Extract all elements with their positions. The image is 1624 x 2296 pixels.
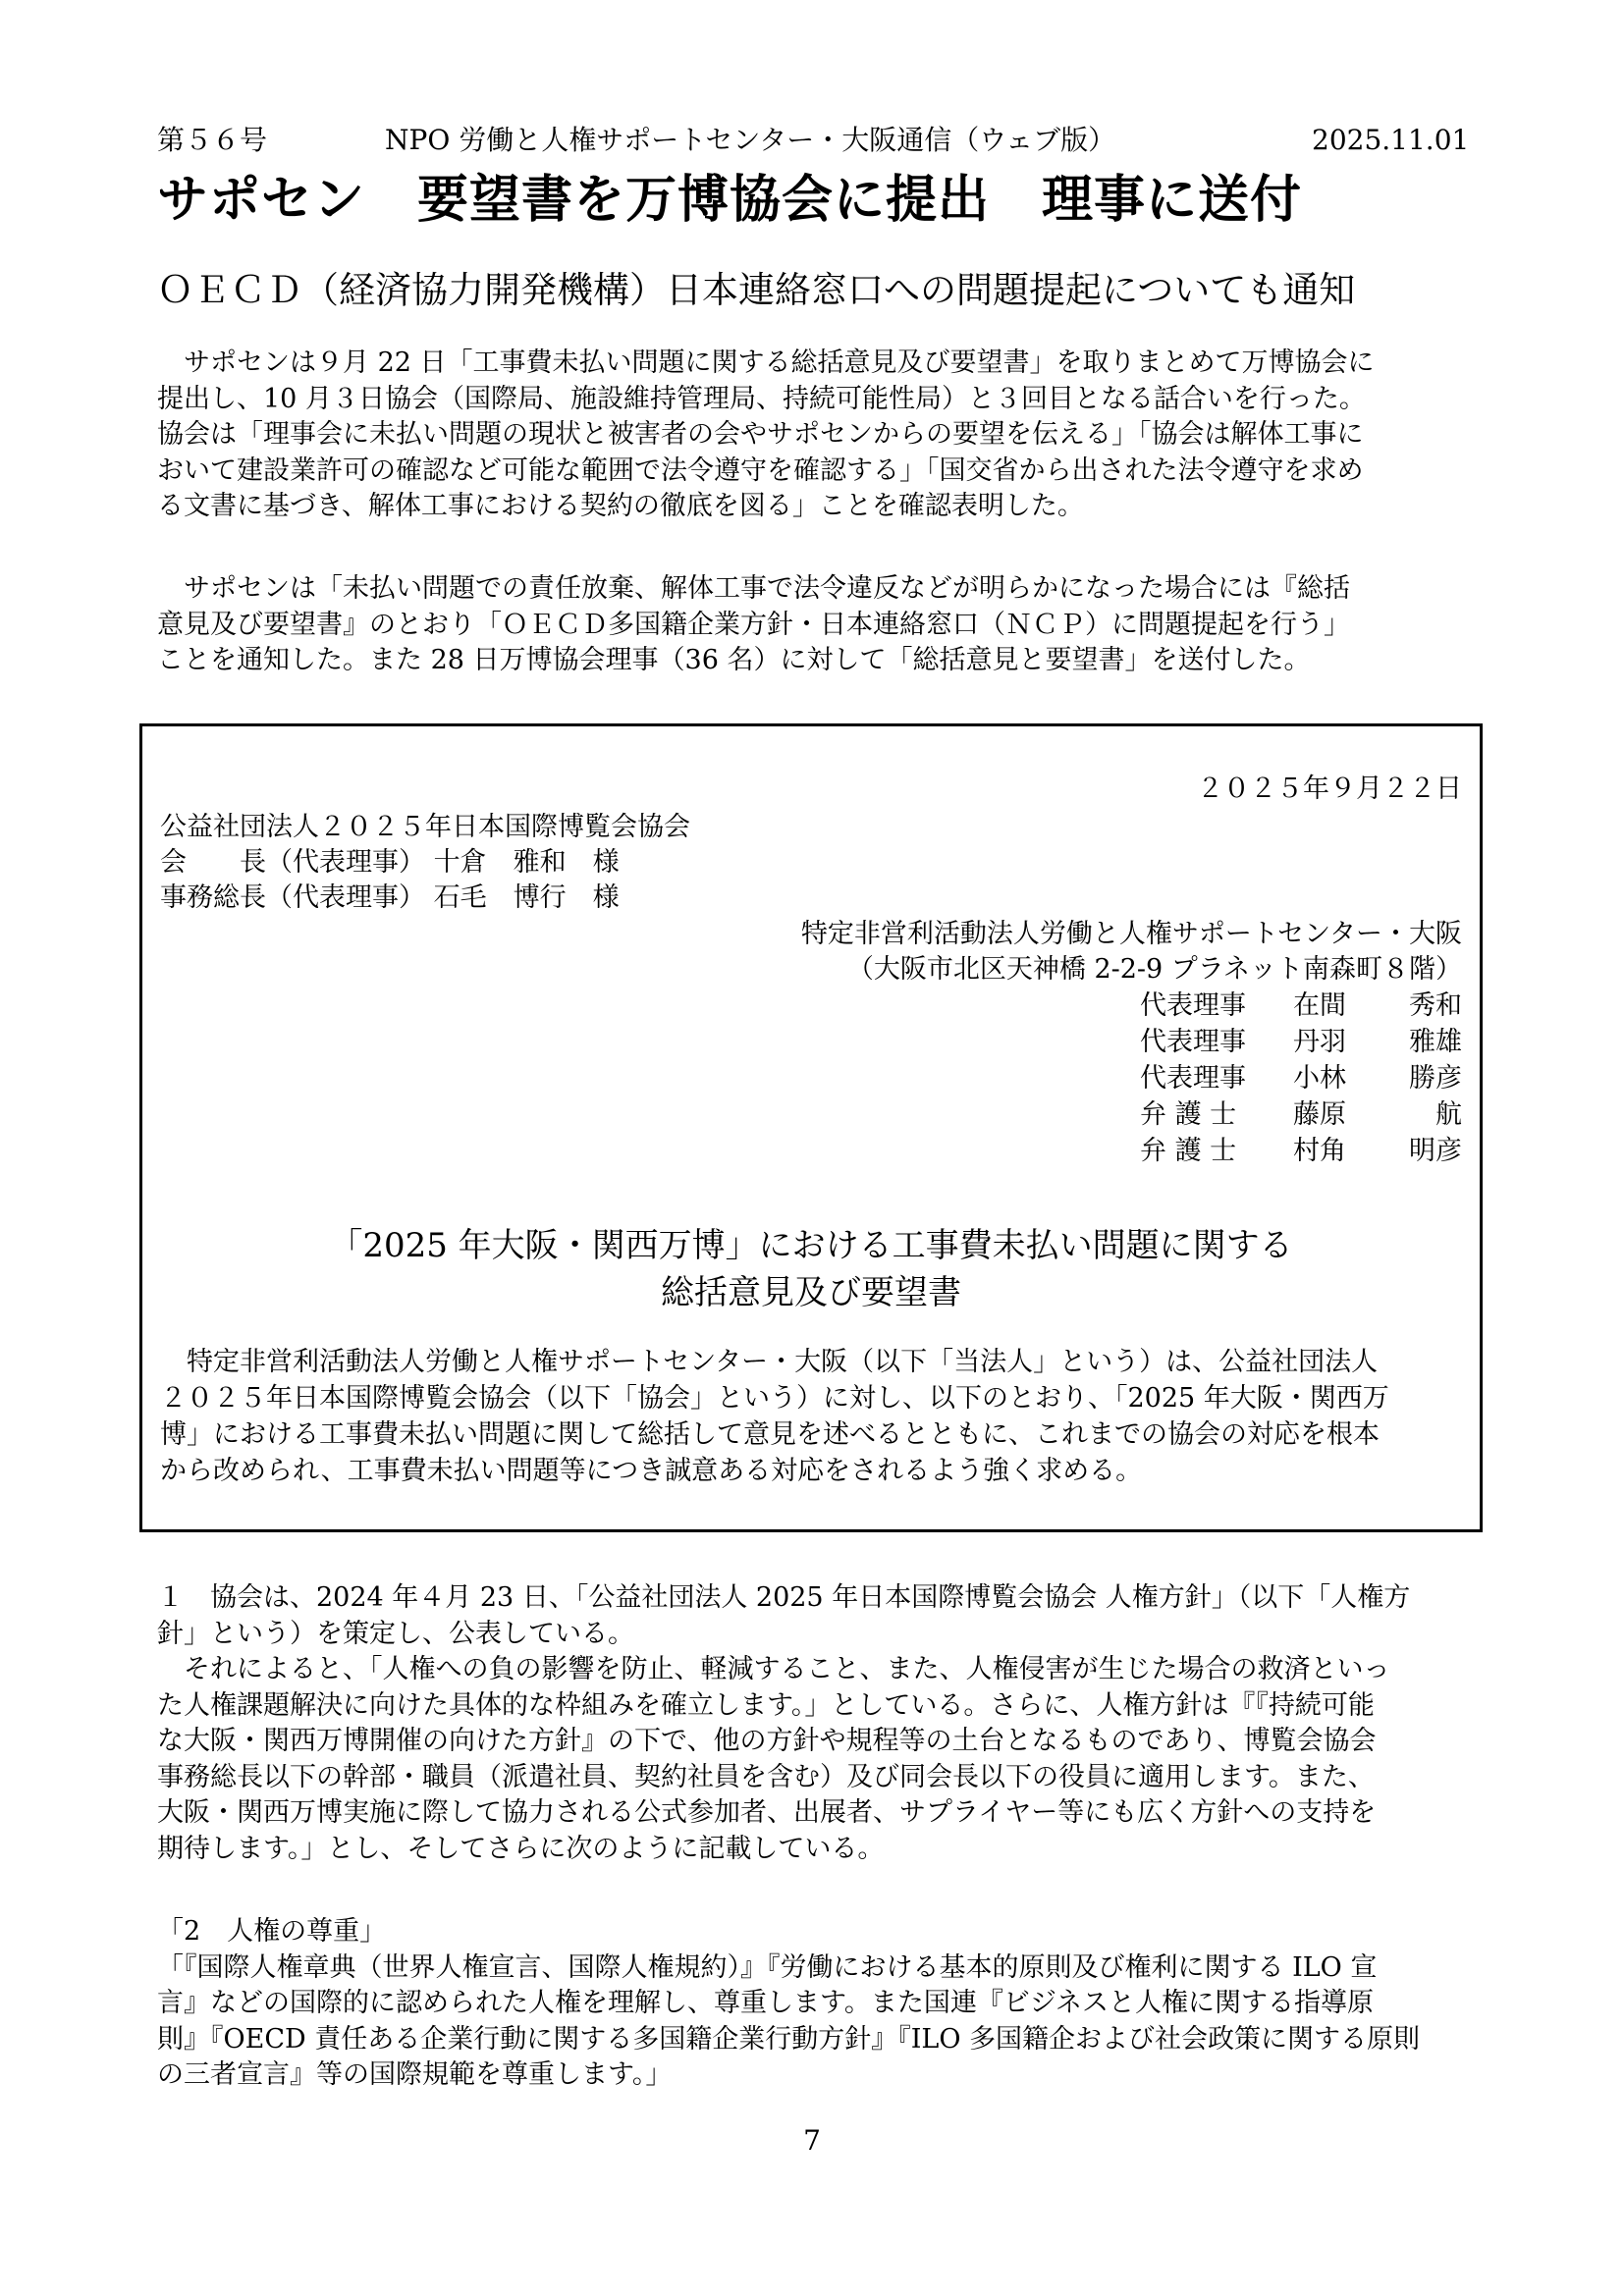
signatory-role: 代表理事: [1140, 1061, 1268, 1096]
text-line: １ 協会は、2024 年４月 23 日、「公益社団法人 2025 年日本国際博覧…: [157, 1580, 1485, 1617]
signatory-surname: 藤原: [1293, 1097, 1372, 1133]
addressee-row: 事務総長（代表理事） 石毛 博行 様: [160, 881, 620, 916]
text-line: の三者宣言』等の国際規範を尊重します。」: [157, 2057, 1485, 2094]
letter-body-line: ２０２５年日本国際博覧会協会（以下「協会」という）に対し、以下のとおり、「202…: [160, 1381, 1389, 1416]
text-line: 意見及び要望書』のとおり「ＯＥＣＤ多国籍企業方針・日本連絡窓口（ＮＣＰ）に問題提…: [157, 608, 1485, 644]
letter-body-line: 特定非営利活動法人労働と人権サポートセンター・大阪（以下「当法人」という）は、公…: [160, 1345, 1378, 1380]
letter-title-line-1: 「2025 年大阪・関西万博」における工事費未払い問題に関する: [142, 1223, 1480, 1268]
text-line: サポセンは「未払い問題での責任放棄、解体工事で法令違反などが明らかになった場合に…: [157, 571, 1485, 608]
text-line: 事務総長以下の幹部・職員（派遣社員、契約社員を含む）及び同会長以下の役員に適用し…: [157, 1760, 1485, 1796]
sender-address: （大阪市北区天神橋 2-2-9 プラネット南森町８階）: [847, 952, 1462, 988]
text-line: る文書に基づき、解体工事における契約の徹底を図る」ことを確認表明した。: [157, 489, 1485, 525]
signatory-surname: 丹羽: [1293, 1025, 1372, 1060]
sender-organization: 特定非営利活動法人労働と人権サポートセンター・大阪: [801, 917, 1462, 952]
text-line: 則』『OECD 責任ある企業行動に関する多国籍企業行動方針』『ILO 多国籍企お…: [157, 2022, 1485, 2058]
text-line: それによると、「人権への負の影響を防止、軽減すること、また、人権侵害が生じた場合…: [157, 1652, 1485, 1688]
signatory-row: 代表理事小林勝彦: [1140, 1061, 1462, 1096]
publication-name: NPO 労働と人権サポートセンター・大阪通信（ウェブ版）: [385, 124, 1115, 157]
text-line: な大阪・関西万博開催の向けた方針』の下で、他の方針や規程等の土台となるものであり…: [157, 1724, 1485, 1760]
addressee-organization: 公益社団法人２０２５年日本国際博覧会協会: [160, 810, 690, 845]
text-line: 針」という）を策定し、公表している。: [157, 1617, 1485, 1653]
text-line: おいて建設業許可の確認など可能な範囲で法令遵守を確認する」「国交省から出された法…: [157, 454, 1485, 490]
text-line: ことを通知した。また 28 日万博協会理事（36 名）に対して「総括意見と要望書…: [157, 643, 1485, 679]
letter-box: ２０２５年９月２２日 公益社団法人２０２５年日本国際博覧会協会 会 長（代表理事…: [139, 723, 1483, 1532]
signatory-given-name: 雅雄: [1405, 1025, 1462, 1060]
page-subtitle: ＯＥＣＤ（経済協力開発機構）日本連絡窓口への問題提起についても通知: [157, 267, 1355, 314]
text-line: 言』などの国際的に認められた人権を理解し、尊重します。また国連『ビジネスと人権に…: [157, 1986, 1485, 2022]
letter-body-line: から改められ、工事費未払い問題等につき誠意ある対応をされるよう強く求める。: [160, 1454, 1142, 1489]
signatory-given-name: 航: [1405, 1097, 1462, 1133]
text-line: 協会は「理事会に未払い問題の現状と被害者の会やサポセンからの要望を伝える」「協会…: [157, 417, 1485, 454]
text-line: た人権課題解決に向けた具体的な枠組みを確立します。」としている。さらに、人権方針…: [157, 1688, 1485, 1725]
signatory-given-name: 秀和: [1405, 988, 1462, 1024]
addressee-title: 会 長（代表理事）: [160, 847, 425, 878]
signatory-role: 代表理事: [1140, 1025, 1268, 1060]
signatory-row: 代表理事在間秀和: [1140, 988, 1462, 1024]
letter-date: ２０２５年９月２２日: [1197, 772, 1462, 807]
signatory-surname: 在間: [1293, 988, 1372, 1024]
signatory-surname: 村角: [1293, 1134, 1372, 1169]
text-line: 期待します。」とし、そしてさらに次のように記載している。: [157, 1832, 1485, 1868]
addressee-row: 会 長（代表理事） 十倉 雅和 様: [160, 845, 620, 881]
quoted-section: 「2 人権の尊重」 「『国際人権章典（世界人権宣言、国際人権規約）』『労働におけ…: [157, 1914, 1485, 2094]
text-line: 提出し、10 月３日協会（国際局、施設維持管理局、持続可能性局）と３回目となる話…: [157, 382, 1485, 418]
signatory-role: 代表理事: [1140, 988, 1268, 1024]
addressee-title: 事務総長（代表理事）: [160, 882, 425, 913]
signatory-row: 弁 護 士村角明彦: [1140, 1134, 1462, 1169]
signatory-role: 弁 護 士: [1140, 1097, 1268, 1133]
signatory-given-name: 明彦: [1405, 1134, 1462, 1169]
publication-date: 2025.11.01: [1312, 124, 1469, 157]
addressee-name: 十倉 雅和 様: [434, 847, 620, 878]
text-line: 大阪・関西万博実施に際して協力される公式参加者、出展者、サプライヤー等にも広く方…: [157, 1795, 1485, 1832]
letter-body-line: 博」における工事費未払い問題に関して総括して意見を述べるとともに、これまでの協会…: [160, 1417, 1380, 1453]
letter-title-line-2: 総括意見及び要望書: [142, 1270, 1480, 1315]
signatory-surname: 小林: [1293, 1061, 1372, 1096]
text-line: サポセンは９月 22 日「工事費未払い問題に関する総括意見及び要望書」を取りまと…: [157, 346, 1485, 382]
issue-number: 第５６号: [157, 124, 267, 157]
signatory-role: 弁 護 士: [1140, 1134, 1268, 1169]
intro-paragraph-2: サポセンは「未払い問題での責任放棄、解体工事で法令違反などが明らかになった場合に…: [157, 571, 1485, 679]
page-title: サポセン 要望書を万博協会に提出 理事に送付: [157, 169, 1302, 232]
signatory-row: 代表理事丹羽雅雄: [1140, 1025, 1462, 1060]
page-number: 7: [0, 2124, 1624, 2157]
signatory-row: 弁 護 士藤原航: [1140, 1097, 1462, 1133]
addressee-name: 石毛 博行 様: [434, 882, 620, 913]
intro-paragraph-1: サポセンは９月 22 日「工事費未払い問題に関する総括意見及び要望書」を取りまと…: [157, 346, 1485, 525]
quote-heading: 「2 人権の尊重」: [157, 1914, 1485, 1950]
section-1: １ 協会は、2024 年４月 23 日、「公益社団法人 2025 年日本国際博覧…: [157, 1580, 1485, 1867]
text-line: 「『国際人権章典（世界人権宣言、国際人権規約）』『労働における基本的原則及び権利…: [157, 1950, 1485, 1987]
signatory-given-name: 勝彦: [1405, 1061, 1462, 1096]
